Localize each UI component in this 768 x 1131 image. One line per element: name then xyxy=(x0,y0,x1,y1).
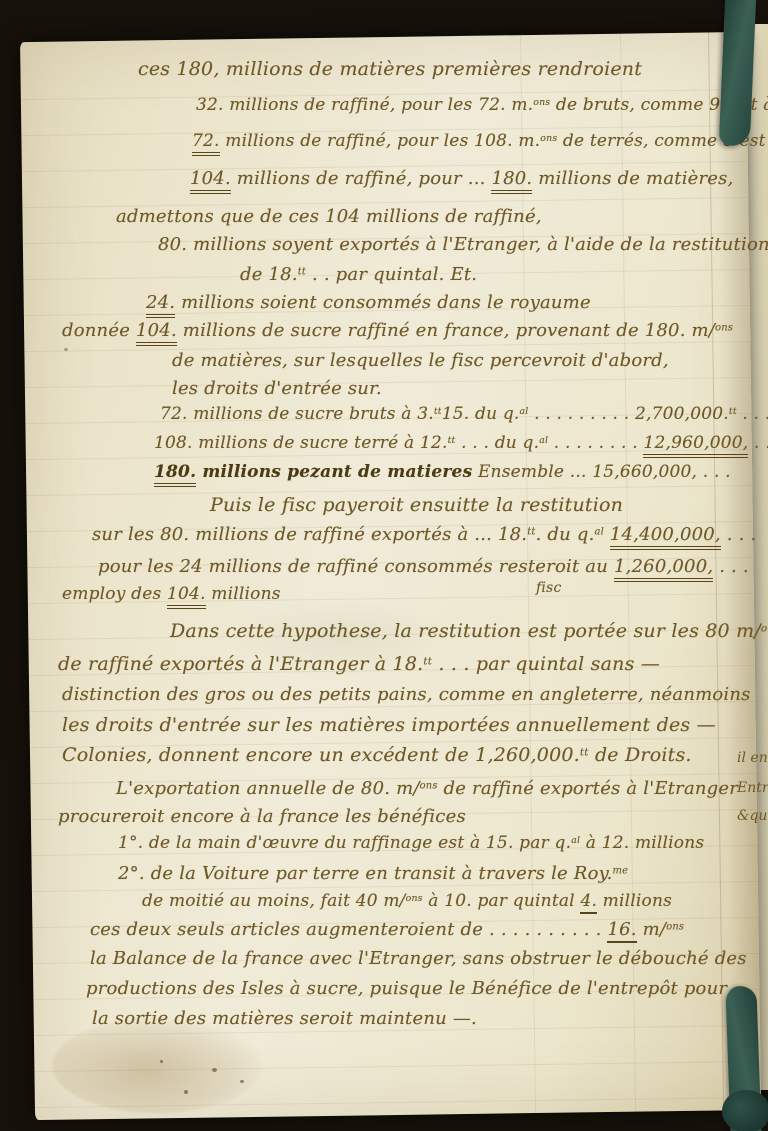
text-run: sur les 80. millions de raffiné exportés… xyxy=(92,524,527,545)
text-run: . . . xyxy=(721,524,757,545)
text-run: . . . . . . . . . 2,700,000. xyxy=(528,404,728,424)
text-run: ons xyxy=(540,133,557,144)
text-run: employ des xyxy=(62,584,167,604)
text-run: 80. millions soyent exportés à l'Etrange… xyxy=(158,234,768,255)
manuscript-line: pour les 24 millions de raffiné consommé… xyxy=(98,556,749,577)
facing-page-text-fragment: Entr xyxy=(737,780,768,796)
text-run xyxy=(604,524,610,545)
text-run: 72. xyxy=(192,131,220,156)
text-run: 1,260,000, xyxy=(614,556,713,582)
manuscript-line: donnée 104. millions de sucre raffiné en… xyxy=(62,320,733,341)
text-run: m/ xyxy=(637,919,666,940)
text-run: 104. xyxy=(190,168,231,194)
text-run: Colonies, donnent encore un excédent de … xyxy=(62,744,580,766)
manuscript-line: ces deux seuls articles augmenteroient d… xyxy=(90,919,684,940)
text-run: à 12. millions xyxy=(580,833,704,853)
text-run: distinction des gros ou des petits pains… xyxy=(62,684,751,705)
text-run: millions pezant de matieres xyxy=(196,462,472,482)
manuscript-line: 72. millions de raffiné, pour les 108. m… xyxy=(192,131,768,151)
manuscript-line: Colonies, donnent encore un excédent de … xyxy=(62,744,692,766)
text-run: procureroit encore à la france les bénéf… xyxy=(58,806,466,827)
text-run: 72. millions de sucre bruts à 3. xyxy=(160,404,434,424)
text-run: al xyxy=(595,527,604,538)
text-run: fisc xyxy=(536,580,562,596)
text-run: donnée xyxy=(62,320,136,341)
manuscript-line: de raffiné exportés à l'Etranger à 18.tt… xyxy=(58,653,660,675)
text-run: 1°. de la main d'œuvre du raffinage est … xyxy=(118,833,571,853)
text-run: . . . par quintal sans — xyxy=(432,653,660,675)
manuscript-line: fisc xyxy=(536,580,562,596)
text-run: 14,400,000, xyxy=(610,524,721,550)
text-run: Ensemble ... 15,660,000, . . . xyxy=(472,462,730,482)
text-run: ons xyxy=(666,922,684,933)
text-run: ces deux seuls articles augmenteroient d… xyxy=(90,919,607,940)
text-run: Dans cette hypothese, la restitution est… xyxy=(170,620,761,642)
text-run: à 10. par quintal xyxy=(423,891,581,911)
text-run: de matières, sur lesquelles le fisc perc… xyxy=(172,350,669,371)
manuscript-line: 104. millions de raffiné, pour ... 180. … xyxy=(190,168,734,189)
text-run: ons xyxy=(761,622,768,634)
text-run: ons xyxy=(406,893,423,904)
manuscript-line: procureroit encore à la france les bénéf… xyxy=(58,806,466,827)
manuscript-line: 2°. de la Voiture par terre en transit à… xyxy=(118,863,628,884)
text-run: productions des Isles à sucre, puisque l… xyxy=(86,978,727,999)
text-run: de raffiné exportés à l'Etranger xyxy=(438,778,738,799)
text-run: la sortie des matières seroit maintenu —… xyxy=(92,1008,477,1029)
text-run: millions de raffiné, pour les 108. m. xyxy=(220,131,541,151)
manuscript-line: 32. millions de raffiné, pour les 72. m.… xyxy=(196,95,768,115)
text-run: tt xyxy=(527,527,535,538)
text-run: tt xyxy=(729,406,737,417)
text-run: pour les 24 millions de raffiné consommé… xyxy=(98,556,614,577)
manuscript-line: la sortie des matières seroit maintenu —… xyxy=(92,1008,477,1029)
text-run: de moitié au moins, fait 40 m/ xyxy=(142,891,406,911)
text-run: . . . . . . . . xyxy=(548,433,643,453)
text-run: millions de matières, xyxy=(532,168,733,189)
manuscript-line: les droits d'entrée sur les matières imp… xyxy=(62,714,716,736)
text-run: . . . xyxy=(737,404,768,424)
manuscript-line: 24. millions soient consommés dans le ro… xyxy=(146,292,591,313)
text-run: 4. xyxy=(580,891,597,914)
text-run: millions xyxy=(597,891,672,911)
text-run: Puis le fisc payeroit ensuitte la restit… xyxy=(210,494,623,516)
manuscript-line: sur les 80. millions de raffiné exportés… xyxy=(92,524,756,545)
manuscript-line: de 18.tt . . par quintal. Et. xyxy=(240,264,477,285)
photo-backdrop: { "document": { "kind": "handwritten-man… xyxy=(0,0,768,1131)
text-run: de raffiné exportés à l'Etranger à 18. xyxy=(58,653,423,675)
text-run: L'exportation annuelle de 80. m/ xyxy=(116,778,420,799)
text-run: ons xyxy=(420,781,438,792)
text-run: millions xyxy=(206,584,281,604)
manuscript-line: ces 180, millions de matières premières … xyxy=(138,58,642,80)
text-run: tt xyxy=(298,267,306,278)
manuscript-line: L'exportation annuelle de 80. m/ons de r… xyxy=(116,778,738,799)
manuscript-line: distinction des gros ou des petits pains… xyxy=(62,684,751,705)
text-run: 2°. de la Voiture par terre en transit à… xyxy=(118,863,613,884)
text-run: tt xyxy=(434,406,442,417)
text-run: la Balance de la france avec l'Etranger,… xyxy=(90,948,747,969)
text-run: millions de sucre raffiné en france, pro… xyxy=(177,320,715,341)
text-run: ons xyxy=(533,97,550,108)
text-run: 104. xyxy=(167,584,206,609)
text-run: les droits d'entrée sur les matières imp… xyxy=(62,714,716,736)
text-run: . . . xyxy=(713,556,749,577)
text-run: . . . xyxy=(748,433,768,453)
text-run: 180. xyxy=(491,168,532,194)
text-run: 180. xyxy=(154,462,196,487)
manuscript-line: la Balance de la france avec l'Etranger,… xyxy=(90,948,747,969)
text-run: tt xyxy=(423,655,432,667)
manuscript-line: 80. millions soyent exportés à l'Etrange… xyxy=(158,234,768,255)
text-run: les droits d'entrée sur. xyxy=(172,378,382,399)
manuscript-line: 180. millions pezant de matieres Ensembl… xyxy=(154,462,731,482)
text-run: ces 180, millions de matières premières … xyxy=(138,58,642,80)
text-run: 24. xyxy=(146,292,175,318)
text-run: tt xyxy=(580,746,589,758)
text-run: ons xyxy=(715,323,733,334)
text-run: 12,960,000, xyxy=(643,433,748,458)
text-run: . . par quintal. Et. xyxy=(306,264,477,285)
manuscript-line: les droits d'entrée sur. xyxy=(172,378,382,399)
manuscript-line: Puis le fisc payeroit ensuitte la restit… xyxy=(210,494,623,516)
text-run: de Droits. xyxy=(589,744,692,766)
bookmark-ribbon-knot xyxy=(722,1090,768,1131)
manuscript-line: 72. millions de sucre bruts à 3.tt15. du… xyxy=(160,404,768,424)
text-run: . du q. xyxy=(536,524,595,545)
text-run: al xyxy=(571,835,580,846)
text-run: 15. du q. xyxy=(442,404,520,424)
facing-page-text-fragment: il en xyxy=(737,750,768,766)
manuscript-line: Dans cette hypothese, la restitution est… xyxy=(170,620,768,642)
manuscript-line: de moitié au moins, fait 40 m/ons à 10. … xyxy=(142,891,672,911)
manuscript-line: de matières, sur lesquelles le fisc perc… xyxy=(172,350,669,371)
text-run: 104. xyxy=(136,320,177,346)
text-run: 16. xyxy=(607,919,636,943)
text-run: me xyxy=(613,866,629,877)
text-run: 32. millions de raffiné, pour les 72. m. xyxy=(196,95,533,115)
text-run: 108. millions de sucre terré à 12. xyxy=(154,433,448,453)
manuscript-line: productions des Isles à sucre, puisque l… xyxy=(86,978,727,999)
text-run: millions soient consommés dans le royaum… xyxy=(175,292,591,313)
manuscript-line: admettons que de ces 104 millions de raf… xyxy=(116,206,542,227)
text-run: millions de raffiné, pour ... xyxy=(231,168,492,189)
text-run: admettons que de ces 104 millions de raf… xyxy=(116,206,542,227)
text-run: de 18. xyxy=(240,264,298,285)
text-layer: ces 180, millions de matières premières … xyxy=(0,0,768,1131)
manuscript-line: employ des 104. millions xyxy=(62,584,281,604)
text-run: al xyxy=(539,435,548,446)
facing-page-text-fragment: &qui xyxy=(737,808,768,824)
manuscript-line: 108. millions de sucre terré à 12.tt . .… xyxy=(154,433,768,453)
text-run: . . . du q. xyxy=(455,433,539,453)
manuscript-line: 1°. de la main d'œuvre du raffinage est … xyxy=(118,833,704,853)
